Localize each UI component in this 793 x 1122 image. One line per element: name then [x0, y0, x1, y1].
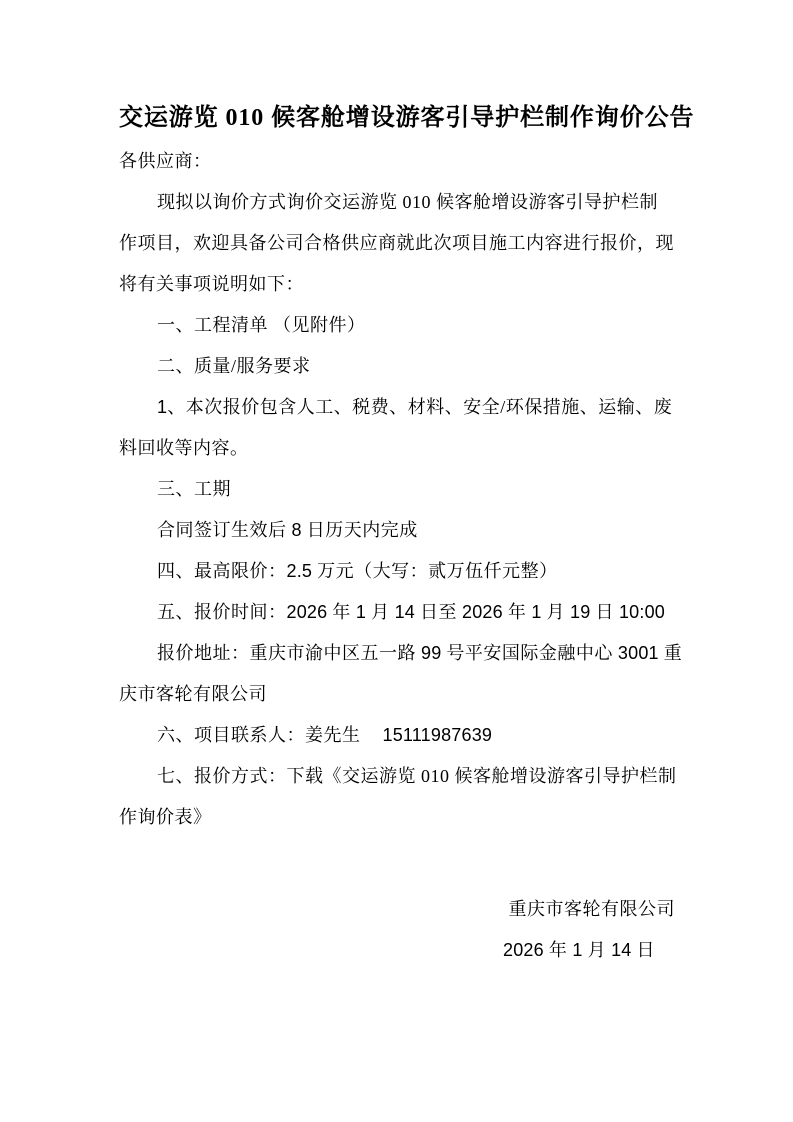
signature-date: 2026 年 1 月 14 日 — [119, 930, 675, 971]
intro-line-2: 作项目，欢迎具备公司合格供应商就此次项目施工内容进行报价，现 — [119, 223, 675, 264]
item-2-detail-line-2: 料回收等内容。 — [119, 428, 675, 469]
document-page: 交运游览 010 候客舱增设游客引导护栏制作询价公告各供应商：现拟以询价方式询价… — [0, 0, 793, 1122]
text-run: 四、最高限价： — [157, 561, 287, 581]
text-run: 三、工期 — [157, 479, 231, 499]
text-run: 六、项目联系人：姜先生 — [157, 725, 361, 745]
text-run: 2026 — [462, 602, 503, 622]
text-run: 一、工程清单 （见附件） — [157, 315, 366, 335]
item-7-quote-method-line-2: 作询价表》 — [119, 797, 675, 838]
text-run: 庆市客轮有限公司 — [119, 684, 267, 704]
item-2-quality-service: 二、质量/服务要求 — [119, 346, 675, 387]
text-run: 料回收等内容。 — [119, 438, 249, 458]
text-run: 日至 — [415, 602, 462, 622]
text-run: 15111987639 — [383, 725, 493, 745]
text-run: 万元（大写：贰万伍仟元整） — [312, 561, 558, 581]
text-run: 合同签订生效后 — [157, 520, 292, 540]
text-run: 二、质量/服务要求 — [157, 356, 311, 376]
signature-company: 重庆市客轮有限公司 — [119, 889, 675, 930]
item-1-engineering-list: 一、工程清单 （见附件） — [119, 305, 675, 346]
item-4-price-limit: 四、最高限价：2.5 万元（大写：贰万伍仟元整） — [119, 551, 675, 592]
text-run: 重庆市客轮有限公司 — [509, 899, 676, 919]
text-run: 号平安国际金融中心 — [441, 643, 618, 663]
text-run: 10:00 — [619, 602, 665, 622]
text-run: 年 — [503, 602, 532, 622]
doc-title: 交运游览 010 候客舱增设游客引导护栏制作询价公告 — [119, 96, 675, 141]
text-run: 1 — [356, 602, 366, 622]
document-body: 交运游览 010 候客舱增设游客引导护栏制作询价公告各供应商：现拟以询价方式询价… — [119, 96, 675, 971]
intro-line-3: 将有关事项说明如下： — [119, 264, 675, 305]
text-run: 99 — [421, 643, 441, 663]
text-run: 年 — [544, 940, 573, 960]
text-run: 、本次报价包含人工、税费、材料、安全/环保措施、运输、废 — [167, 397, 672, 417]
text-run: 1 — [531, 602, 541, 622]
text-run: 8 — [292, 520, 302, 540]
text-run: 月 — [366, 602, 395, 622]
item-5-quote-time: 五、报价时间：2026 年 1 月 14 日至 2026 年 1 月 19 日 … — [119, 592, 675, 633]
text-run: 现拟以询价方式询价交运游览 010 候客舱增设游客引导护栏制 — [157, 192, 658, 212]
item-7-quote-method-line-1: 七、报价方式：下载《交运游览 010 候客舱增设游客引导护栏制 — [119, 756, 675, 797]
item-2-detail-line-1: 1、本次报价包含人工、税费、材料、安全/环保措施、运输、废 — [119, 387, 675, 428]
text-run: 月 — [542, 602, 571, 622]
text-run: 月 — [583, 940, 612, 960]
text-run: 2.5 — [287, 561, 313, 581]
text-run: 五、报价时间： — [157, 602, 287, 622]
text-run: 作项目，欢迎具备公司合格供应商就此次项目施工内容进行报价，现 — [119, 233, 674, 253]
quote-address-line-2: 庆市客轮有限公司 — [119, 674, 675, 715]
text-run: 将有关事项说明如下： — [119, 274, 304, 294]
text-run: 2026 — [287, 602, 328, 622]
text-run: 3001 — [618, 643, 659, 663]
item-6-contact: 六、项目联系人：姜先生15111987639 — [119, 715, 675, 756]
text-run: 14 — [395, 602, 415, 622]
text-run: 交运游览 010 候客舱增设游客引导护栏制作询价公告 — [119, 105, 694, 131]
item-3-detail: 合同签订生效后 8 日历天内完成 — [119, 510, 675, 551]
text-run: 七、报价方式：下载《交运游览 010 候客舱增设游客引导护栏制 — [157, 766, 677, 786]
text-run: 作询价表》 — [119, 807, 212, 827]
quote-address-line-1: 报价地址：重庆市渝中区五一路 99 号平安国际金融中心 3001 重 — [119, 633, 675, 674]
text-run: 1 — [572, 940, 582, 960]
text-run: 14 — [611, 940, 631, 960]
salutation: 各供应商： — [119, 141, 675, 182]
text-run: 19 — [570, 602, 590, 622]
text-run: 各供应商： — [119, 151, 212, 171]
text-run: 1 — [157, 397, 167, 417]
text-run: 2026 — [503, 940, 544, 960]
text-run: 日 — [632, 940, 656, 960]
item-3-duration: 三、工期 — [119, 469, 675, 510]
text-run: 日 — [590, 602, 619, 622]
text-run: 年 — [327, 602, 356, 622]
text-run: 报价地址：重庆市渝中区五一路 — [157, 643, 421, 663]
text-run: 重 — [659, 643, 683, 663]
text-run: 日历天内完成 — [302, 520, 418, 540]
blank-line — [119, 838, 675, 879]
intro-line-1: 现拟以询价方式询价交运游览 010 候客舱增设游客引导护栏制 — [119, 182, 675, 223]
